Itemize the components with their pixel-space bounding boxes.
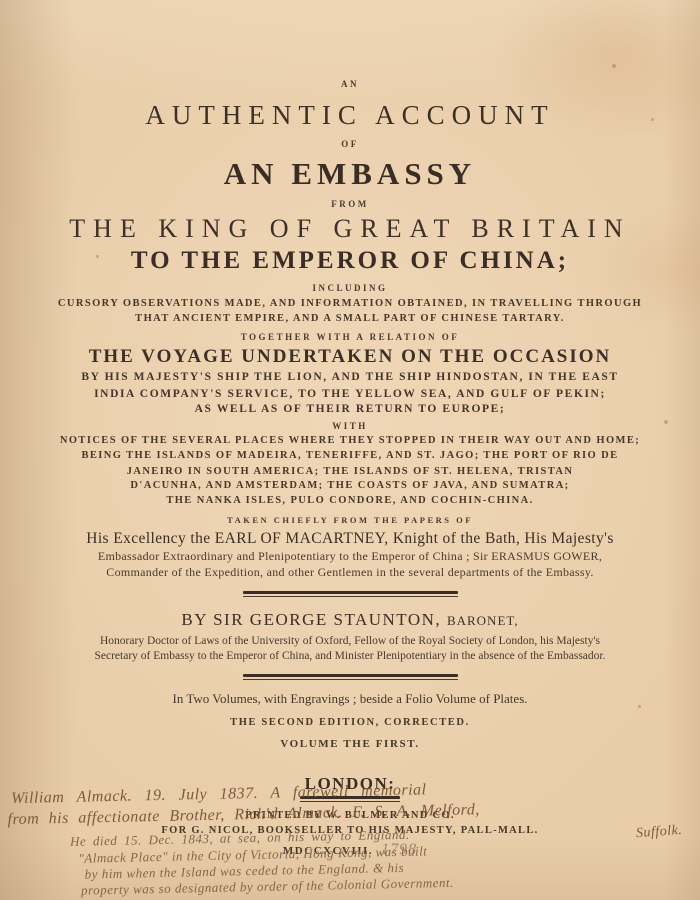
author-byline: BY SIR GEORGE STAUNTON, BARONET, <box>0 611 700 628</box>
including-line2: THAT ANCIENT EMPIRE, AND A SMALL PART OF… <box>0 314 700 325</box>
handwritten-inscription: William Almack. 19. July 1837. A farewel… <box>0 777 700 899</box>
title-of: OF <box>0 140 700 149</box>
author-title: BARONET, <box>447 613 519 628</box>
notices-line4: D'ACUNHA, AND AMSTERDAM; THE COASTS OF J… <box>0 481 700 492</box>
papers-label: TAKEN CHIEFLY FROM THE PAPERS OF <box>0 516 700 525</box>
voyage-line3: AS WELL AS OF THEIR RETURN TO EUROPE; <box>0 404 700 416</box>
voyage-line2: INDIA COMPANY'S SERVICE, TO THE YELLOW S… <box>0 389 700 401</box>
voyage-line1: BY HIS MAJESTY'S SHIP THE LION, AND THE … <box>0 372 700 384</box>
title-an-embassy: AN EMBASSY <box>0 158 700 189</box>
title-king-of-great-britain: THE KING OF GREAT BRITAIN <box>0 216 700 242</box>
relation-label: TOGETHER WITH A RELATION OF <box>0 333 700 342</box>
paper-speck <box>638 705 641 708</box>
title-emperor-of-china: TO THE EMPEROR OF CHINA; <box>0 248 700 273</box>
author-credentials-2: Secretary of Embassy to the Emperor of C… <box>0 651 700 663</box>
notices-line3: JANEIRO IN SOUTH AMERICA; THE ISLANDS OF… <box>0 467 700 478</box>
book-title-page: AN AUTHENTIC ACCOUNT OF AN EMBASSY FROM … <box>0 0 700 900</box>
ornamental-rule <box>243 591 458 597</box>
ornamental-rule <box>243 674 458 680</box>
volume-statement: VOLUME THE FIRST. <box>0 739 700 750</box>
including-line1: CURSORY OBSERVATIONS MADE, AND INFORMATI… <box>0 299 700 310</box>
title-authentic-account: AUTHENTIC ACCOUNT <box>0 102 700 129</box>
paper-speck <box>664 420 668 424</box>
title-from: FROM <box>0 200 700 209</box>
author-name: BY SIR GEORGE STAUNTON, <box>181 610 441 629</box>
author-credentials-1: Honorary Doctor of Laws of the Universit… <box>0 636 700 648</box>
embassador-line: Embassador Extraordinary and Plenipotent… <box>0 550 700 562</box>
paper-speck <box>612 64 616 68</box>
volumes-note: In Two Volumes, with Engravings ; beside… <box>0 692 700 705</box>
commander-line: Commander of the Expedition, and other G… <box>0 566 700 578</box>
with-label: WITH <box>0 422 700 431</box>
paper-speck <box>590 300 593 303</box>
notices-line1: NOTICES OF THE SEVERAL PLACES WHERE THEY… <box>0 436 700 447</box>
half-title-an: AN <box>0 80 700 89</box>
notices-line2: BEING THE ISLANDS OF MADEIRA, TENERIFFE,… <box>0 451 700 462</box>
paper-speck <box>96 255 99 258</box>
macartney-line: His Excellency the EARL OF MACARTNEY, Kn… <box>0 531 700 547</box>
edition-statement: THE SECOND EDITION, CORRECTED. <box>0 718 700 729</box>
voyage-heading: THE VOYAGE UNDERTAKEN ON THE OCCASION <box>0 347 700 366</box>
paper-speck <box>651 118 654 121</box>
including-label: INCLUDING <box>0 284 700 293</box>
notices-line5: THE NANKA ISLES, PULO CONDORE, AND COCHI… <box>0 496 700 507</box>
